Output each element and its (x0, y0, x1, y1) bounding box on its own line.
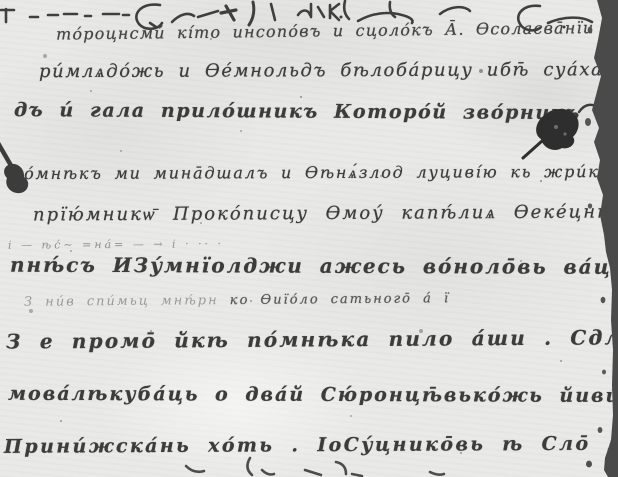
manuscript-page: то́роцнсми́ кі́то инсопо́въ и сцоло́къ А… (0, 0, 618, 477)
page-edge-shadow (585, 0, 618, 477)
pen-smudge (0, 143, 28, 193)
top-line-remnants (1, 1, 592, 30)
ink-blot (523, 105, 598, 158)
page-artifacts (0, 0, 618, 477)
bottom-line-remnants (186, 458, 444, 476)
